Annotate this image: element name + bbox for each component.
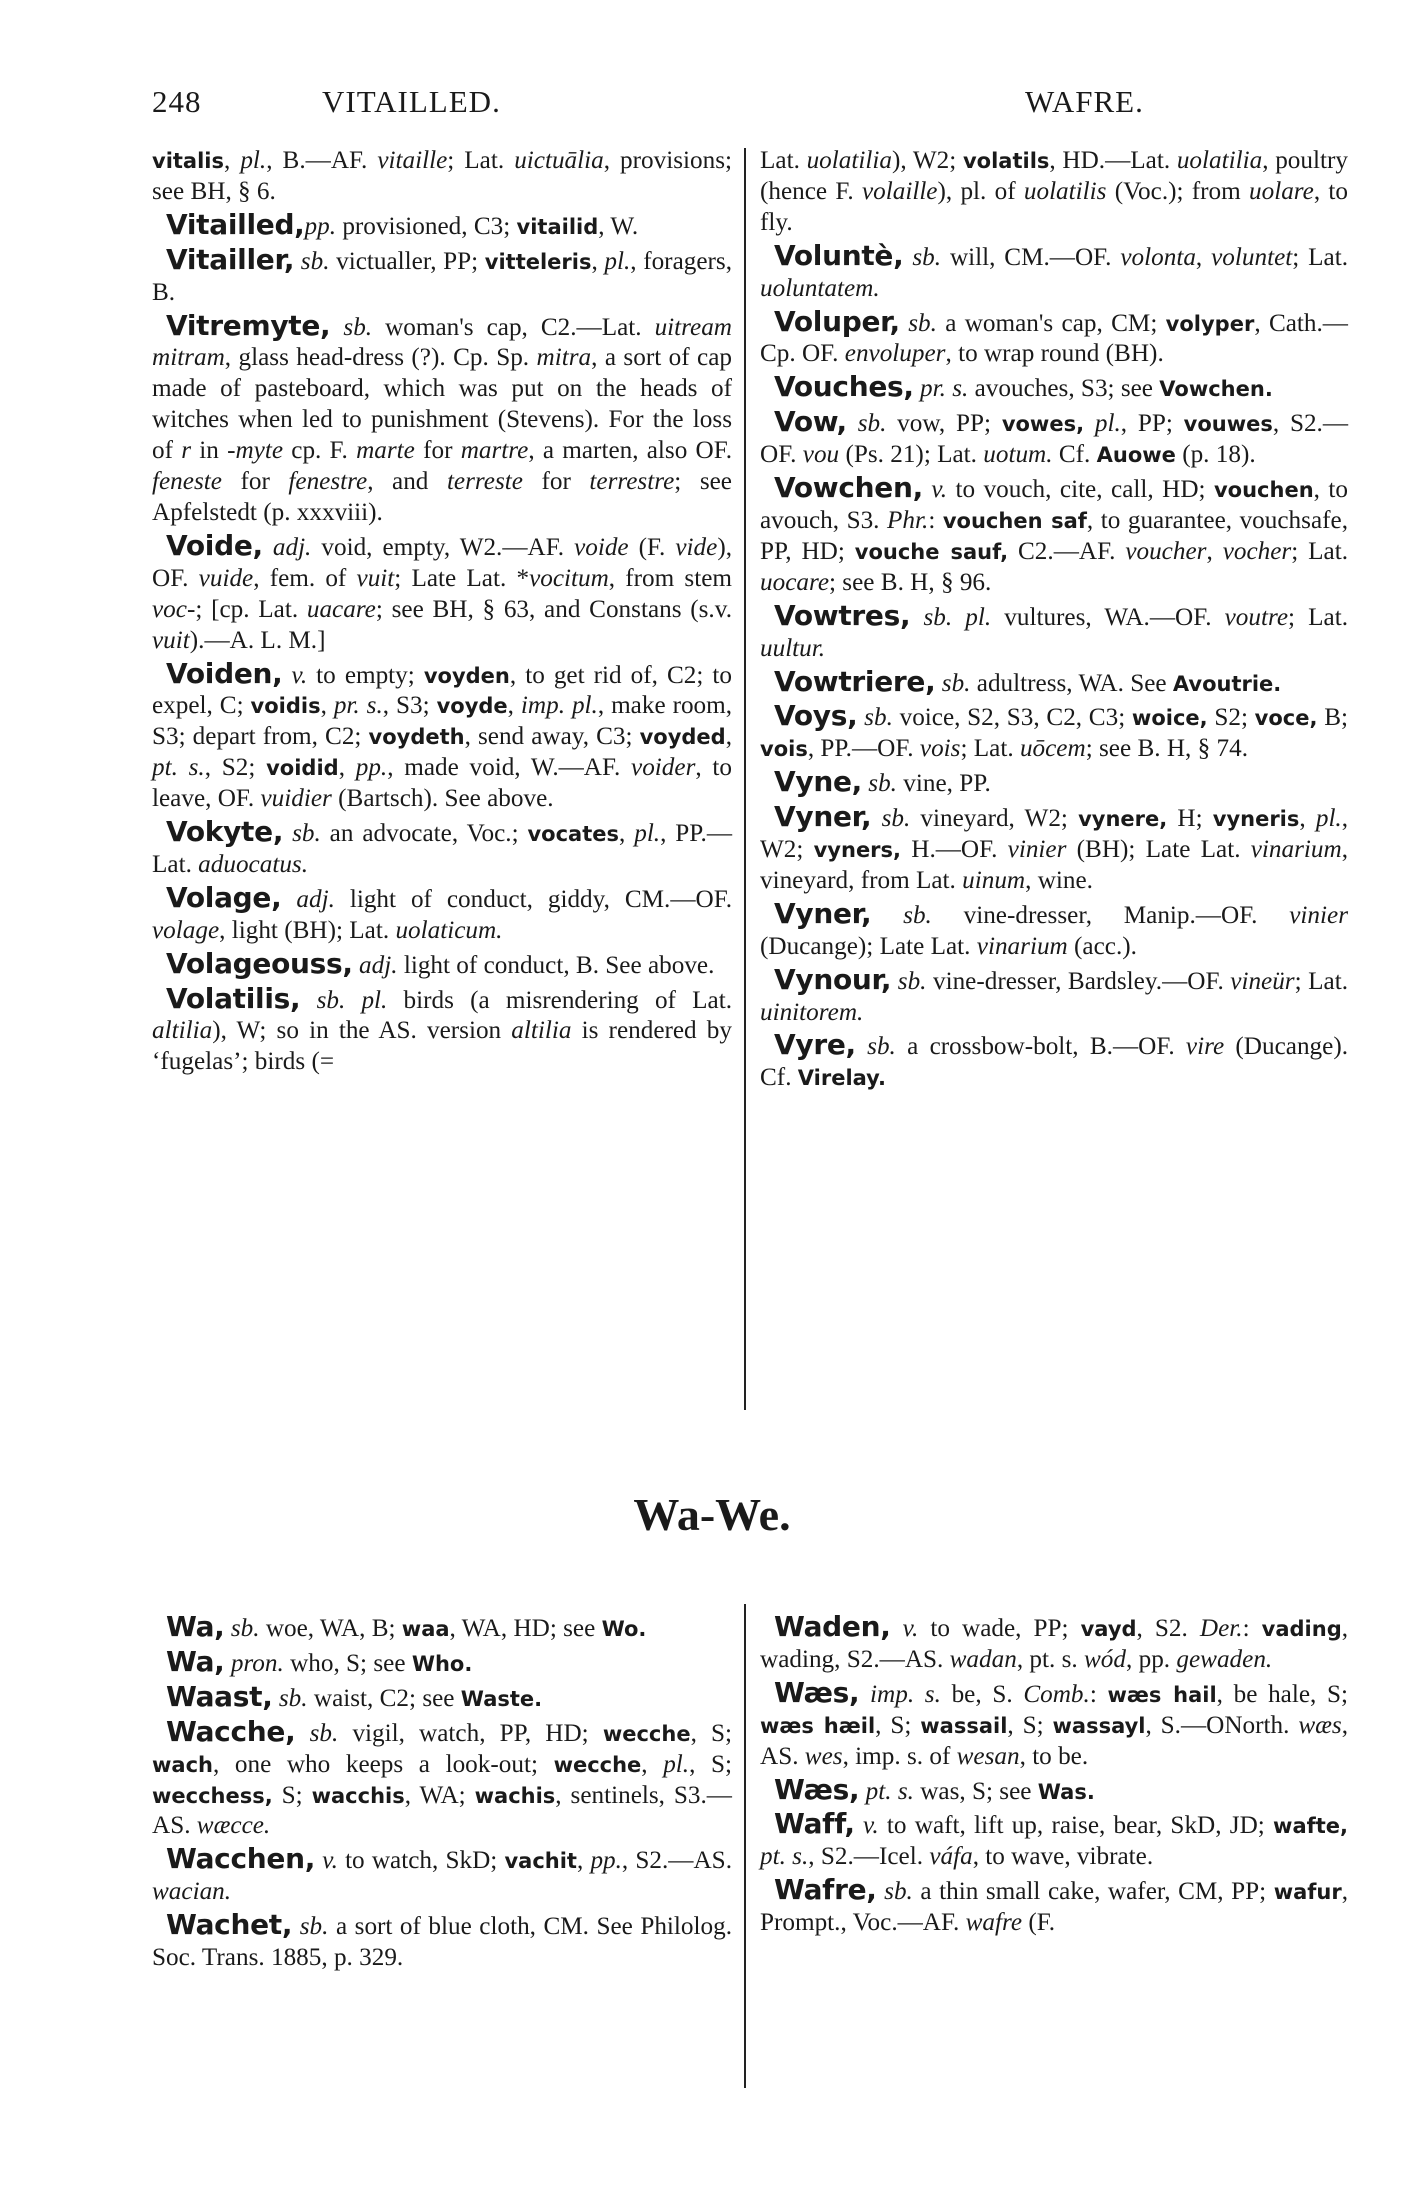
italic-text: vou <box>803 441 839 468</box>
italic-text: sb. pl. <box>317 987 388 1014</box>
italic-text: uultur. <box>760 635 825 662</box>
entry-text: provisioned, C3; <box>336 213 517 240</box>
italic-text: sb. <box>343 314 372 341</box>
entry-text: , <box>224 147 240 174</box>
italic-text: vuit <box>357 565 395 592</box>
entry-text: (p. 18). <box>1176 441 1256 468</box>
entry-text: , from stem <box>609 565 732 592</box>
bold-form: waa <box>402 1617 450 1641</box>
entry-text: , to be. <box>1020 1743 1089 1770</box>
entry-text: H; <box>1167 805 1213 832</box>
italic-text: voucher <box>1125 538 1206 565</box>
left-column: vitalis, pl., B.—AF. vitaille; Lat. uict… <box>152 144 732 1078</box>
italic-text: sb. <box>903 902 932 929</box>
entry-text: ), pl. of <box>938 178 1024 205</box>
italic-text: sb. <box>864 704 893 731</box>
dictionary-entry: Vowtriere, sb. adultress, WA. See Avoutr… <box>760 665 1348 700</box>
dictionary-entry: Voide, adj. void, empty, W2.—AF. voide (… <box>152 529 732 657</box>
dictionary-entry: Vyner, sb. vineyard, W2; vynere, H; vyne… <box>760 800 1348 897</box>
entry-text: , S3; <box>383 692 437 719</box>
italic-text: uacare <box>307 596 376 623</box>
entry-text <box>300 987 316 1014</box>
bold-form: wassayl <box>1053 1714 1146 1738</box>
italic-text: myte <box>235 437 283 464</box>
entry-text: vultures, WA.—OF. <box>991 604 1224 631</box>
italic-text: váfa <box>929 1843 972 1870</box>
bold-form: vitalis <box>152 149 224 173</box>
dictionary-entry: Vow, sb. vow, PP; vowes, pl., PP; vouwes… <box>760 405 1348 471</box>
entry-text: , a marten, also OF. <box>528 437 732 464</box>
entry-text <box>1084 410 1095 437</box>
bold-form: Was. <box>1038 1780 1095 1804</box>
italic-text: uolatilia <box>807 147 892 174</box>
bold-form: voidid <box>266 756 339 780</box>
italic-text: sb. <box>942 670 971 697</box>
entry-text: : <box>1090 1681 1108 1708</box>
entry-text: (acc.). <box>1068 933 1137 960</box>
italic-text: pl. <box>1316 805 1342 832</box>
italic-text: sb. <box>310 1720 339 1747</box>
entry-text: victualler, PP; <box>330 248 485 275</box>
italic-text: uoluntatem. <box>760 275 880 302</box>
italic-text: v. <box>863 1812 879 1839</box>
entry-text <box>295 1720 309 1747</box>
bold-form: wæs hæil <box>760 1714 875 1738</box>
dictionary-entry: Volatilis, sb. pl. birds (a misrendering… <box>152 982 732 1079</box>
italic-text: pt. s. <box>866 1778 914 1805</box>
headword: Waast, <box>166 1680 273 1713</box>
bold-form: vowes, <box>1002 412 1084 436</box>
italic-text: pp. <box>305 213 336 240</box>
italic-text: sb. <box>858 410 887 437</box>
italic-text: adj. <box>296 886 334 913</box>
headword: Vowtriere, <box>774 665 935 698</box>
dictionary-entry: Wafre, sb. a thin small cake, wafer, CM,… <box>760 1873 1348 1939</box>
entry-text: adultress, WA. See <box>970 670 1172 697</box>
italic-text: sb. <box>301 248 330 275</box>
italic-text: sb. <box>867 1033 896 1060</box>
left-guideword: VITAILLED. <box>322 84 501 120</box>
right-guideword: WAFRE. <box>1025 84 1144 120</box>
italic-text: wæs <box>1298 1712 1341 1739</box>
entry-text: , <box>1206 538 1222 565</box>
entry-text: for <box>415 437 461 464</box>
italic-text: uolaticum. <box>395 917 502 944</box>
italic-text: wes <box>805 1743 843 1770</box>
italic-text: martre <box>461 437 529 464</box>
dictionary-entry: Vitremyte, sb. woman's cap, C2.—Lat. uit… <box>152 309 732 529</box>
entry-text: , B.—AF. <box>266 147 377 174</box>
dictionary-entry: Volage, adj. light of conduct, giddy, CM… <box>152 881 732 947</box>
dictionary-entry: Voys, sb. voice, S2, S3, C2, C3; woice, … <box>760 699 1348 765</box>
entry-text: (Bartsch). See above. <box>332 785 554 812</box>
entry-text: vow, PP; <box>886 410 1001 437</box>
entry-text: , S; <box>691 1720 732 1747</box>
entry-text <box>330 314 343 341</box>
bold-form: voyden <box>424 664 510 688</box>
italic-text: voide <box>574 534 629 561</box>
entry-text: will, CM.—OF. <box>941 244 1120 271</box>
bold-form: voyded <box>640 725 726 749</box>
italic-text: volonta <box>1120 244 1196 271</box>
italic-text: voutre <box>1225 604 1288 631</box>
italic-text: marte <box>356 437 415 464</box>
dictionary-entry: Vitailled,pp. provisioned, C3; vitailid,… <box>152 208 732 243</box>
entry-text: ; Lat. <box>1291 538 1348 565</box>
bold-form: wassail <box>920 1714 1007 1738</box>
headword: Volatilis, <box>166 982 300 1015</box>
italic-text: Comb. <box>1023 1681 1089 1708</box>
dictionary-entry: Wacche, sb. vigil, watch, PP, HD; wecche… <box>152 1715 732 1843</box>
bold-form: vachit <box>504 1849 577 1873</box>
headword: Wacchen, <box>166 1842 315 1875</box>
dictionary-entry: Vouches, pr. s. avouches, S3; see Vowche… <box>760 370 1348 405</box>
italic-text: voluntet <box>1211 244 1292 271</box>
entry-text: B; <box>1317 704 1348 731</box>
italic-text: pl. <box>634 820 660 847</box>
entry-text: woman's cap, C2.—Lat. <box>372 314 654 341</box>
italic-text: altilia <box>152 1017 212 1044</box>
italic-text: pr. s. <box>920 375 968 402</box>
italic-text: vuide <box>199 565 254 592</box>
entry-text: vine-dresser, Bardsley.—OF. <box>926 968 1230 995</box>
italic-text: sb. <box>912 244 941 271</box>
italic-text: sb. <box>292 820 321 847</box>
entry-text: , S.—ONorth. <box>1145 1712 1298 1739</box>
entry-text: , made void, W.—AF. <box>387 754 631 781</box>
italic-text: Der. <box>1200 1615 1243 1642</box>
entry-text: , S2.—AS. <box>622 1847 732 1874</box>
dictionary-entry: Wachet, sb. a sort of blue cloth, CM. Se… <box>152 1908 732 1974</box>
column-rule <box>744 1604 746 2088</box>
bold-form: wecche <box>603 1722 691 1746</box>
headword: Vyner, <box>774 897 871 930</box>
headword: Vow, <box>774 405 847 438</box>
entry-text: , to wrap round (BH). <box>945 340 1163 367</box>
italic-text: wesan <box>957 1743 1020 1770</box>
entry-text <box>292 1913 300 1940</box>
entry-text: ; see BH, § 63, and Constans (s.v. <box>376 596 732 623</box>
italic-text: wafre <box>966 1909 1022 1936</box>
running-head: 248 VITAILLED. WAFRE. <box>152 84 1392 134</box>
bold-form: voce, <box>1255 706 1318 730</box>
entry-text: ; Lat. <box>1295 968 1348 995</box>
dictionary-entry: Voluntè, sb. will, CM.—OF. volonta, volu… <box>760 239 1348 305</box>
entry-text <box>855 1812 863 1839</box>
italic-text: vinarium <box>1251 836 1342 863</box>
italic-text: sb. <box>868 770 897 797</box>
italic-text: uolatilia <box>1177 147 1262 174</box>
italic-text: pl. <box>663 1751 689 1778</box>
dictionary-page: 248 VITAILLED. WAFRE. vitalis, pl., B.—A… <box>0 0 1424 2208</box>
bold-form: vouche sauf, <box>855 540 1008 564</box>
entry-text: avouches, S3; see <box>968 375 1159 402</box>
italic-text: aduocatus. <box>198 851 308 878</box>
italic-text: sb. <box>898 968 927 995</box>
bold-form: vyners, <box>814 838 901 862</box>
entry-text: in - <box>191 437 235 464</box>
entry-text: : <box>1243 1615 1262 1642</box>
headword: Voys, <box>774 699 857 732</box>
dictionary-entry: Wæs, imp. s. be, S. Comb.: wæs hail, be … <box>760 1676 1348 1773</box>
italic-text: fenestre <box>288 468 367 495</box>
bold-form: Auowe <box>1097 443 1176 467</box>
entry-text: S; <box>273 1782 312 1809</box>
entry-text: , <box>619 820 634 847</box>
headword: Waden, <box>774 1610 891 1643</box>
italic-text: imp. pl. <box>521 692 598 719</box>
entry-text: to watch, SkD; <box>338 1847 505 1874</box>
entry-text: , <box>641 1751 663 1778</box>
headword: Wafre, <box>774 1873 877 1906</box>
bold-form: voidis <box>251 694 321 718</box>
headword: Wa, <box>166 1610 225 1643</box>
entry-text: voice, S2, S3, C2, C3; <box>893 704 1132 731</box>
entry-text: , <box>1196 244 1211 271</box>
entry-text: a crossbow-bolt, B.—OF. <box>896 1033 1186 1060</box>
entry-text <box>903 244 912 271</box>
italic-text: sb. pl. <box>923 604 991 631</box>
entry-text: who, S; see <box>284 1650 412 1677</box>
dictionary-entry: Vowtres, sb. pl. vultures, WA.—OF. voutr… <box>760 599 1348 665</box>
headword: Vynour, <box>774 963 891 996</box>
entry-text: (Ps. 21); Lat. <box>839 441 983 468</box>
headword: Voluntè, <box>774 239 903 272</box>
entry-text: birds (a misrendering of Lat. <box>387 987 732 1014</box>
italic-text: vitaille <box>377 147 447 174</box>
entry-text: , S; <box>1007 1712 1052 1739</box>
bold-form: Waste. <box>461 1687 542 1711</box>
italic-text: sb. <box>300 1913 329 1940</box>
entry-text: H.—OF. <box>901 836 1008 863</box>
bold-form: vois <box>760 737 808 761</box>
bold-form: wach <box>152 1753 213 1777</box>
italic-text: volaille <box>862 178 938 205</box>
entry-text: , <box>339 754 356 781</box>
italic-text: wód <box>1084 1646 1126 1673</box>
italic-text: sb. <box>279 1685 308 1712</box>
bold-form: vouchen <box>1214 478 1314 502</box>
entry-text: , S; <box>875 1712 920 1739</box>
dictionary-entry: Vyne, sb. vine, PP. <box>760 765 1348 800</box>
entry-text: S2; <box>1208 704 1255 731</box>
italic-text: v. <box>931 476 947 503</box>
dictionary-entry: Vowchen, v. to vouch, cite, call, HD; vo… <box>760 471 1348 599</box>
entry-text: , <box>577 1847 590 1874</box>
dictionary-entry: Voluper, sb. a woman's cap, CM; volyper,… <box>760 305 1348 371</box>
entry-text: light of conduct, giddy, CM.—OF. <box>335 886 732 913</box>
italic-text: vois <box>920 735 961 762</box>
right-column: Waden, v. to wade, PP; vayd, S2. Der.: v… <box>760 1610 1348 1939</box>
italic-text: volage <box>152 917 219 944</box>
dictionary-entry: vitalis, pl., B.—AF. vitaille; Lat. uict… <box>152 144 732 208</box>
bold-form: Vowchen. <box>1159 377 1273 401</box>
bold-form: volatils <box>963 149 1049 173</box>
dictionary-entry: Volageouss, adj. light of conduct, B. Se… <box>152 947 732 982</box>
italic-text: terreste <box>447 468 523 495</box>
dictionary-entry: Vitailler, sb. victualler, PP; vitteleri… <box>152 243 732 309</box>
entry-text: (F. <box>629 534 676 561</box>
left-column: Wa, sb. woe, WA, B; waa, WA, HD; see Wo.… <box>152 1610 732 1974</box>
entry-text: , S2. <box>1137 1615 1200 1642</box>
bold-form: vading <box>1262 1617 1342 1641</box>
entry-text: woe, WA, B; <box>260 1615 402 1642</box>
bold-form: woice, <box>1132 706 1208 730</box>
entry-text: ; Lat. <box>1288 604 1348 631</box>
bold-form: Virelay. <box>798 1066 886 1090</box>
italic-text: Phr. <box>887 507 928 534</box>
bold-form: wachis <box>475 1784 556 1808</box>
italic-text: pt. s. <box>760 1843 808 1870</box>
italic-text: vocher <box>1223 538 1292 565</box>
entry-text: (Voc.); from <box>1106 178 1249 205</box>
italic-text: sb. <box>231 1615 260 1642</box>
italic-text: v. <box>903 1615 919 1642</box>
italic-text: v. <box>322 1847 338 1874</box>
bold-form: wæs hail <box>1108 1683 1217 1707</box>
italic-text: pl. <box>1095 410 1121 437</box>
headword: Vowtres, <box>774 599 910 632</box>
bold-form: wecchess, <box>152 1784 273 1808</box>
dictionary-entry: Lat. uolatilia), W2; volatils, HD.—Lat. … <box>760 144 1348 239</box>
dictionary-entry: Waff, v. to waft, lift up, raise, bear, … <box>760 1807 1348 1873</box>
bold-form: Who. <box>412 1652 473 1676</box>
italic-text: terrestre <box>589 468 674 495</box>
headword: Vouches, <box>774 370 914 403</box>
italic-text: vocitum <box>529 565 609 592</box>
bold-form: vitailid <box>517 215 599 239</box>
italic-text: pl. <box>604 248 630 275</box>
italic-text: gewaden. <box>1176 1646 1272 1673</box>
bold-form: vocates <box>527 822 619 846</box>
bold-form: volyper <box>1166 312 1255 336</box>
entry-text: , fem. of <box>253 565 356 592</box>
headword: Vitremyte, <box>166 309 330 342</box>
bold-form: vouchen saf <box>943 509 1087 533</box>
dictionary-entry: Waden, v. to wade, PP; vayd, S2. Der.: v… <box>760 1610 1348 1676</box>
entry-text: , HD.—Lat. <box>1049 147 1176 174</box>
italic-text: uinum <box>962 867 1025 894</box>
page-number: 248 <box>152 84 202 120</box>
entry-text: ), W; so in the AS. version <box>212 1017 511 1044</box>
entry-text: , PP.—OF. <box>808 735 920 762</box>
entry-text: , send away, C3; <box>465 723 640 750</box>
entry-text <box>900 310 908 337</box>
entry-text: , W. <box>598 213 638 240</box>
entry-text: void, empty, W2.—AF. <box>311 534 574 561</box>
italic-text: uocare <box>760 569 829 596</box>
headword: Volage, <box>166 881 281 914</box>
entry-text: , glass head-dress (?). Cp. Sp. <box>225 344 537 371</box>
italic-text: pr. s. <box>334 692 383 719</box>
headword: Wachet, <box>166 1908 292 1941</box>
entry-text <box>910 604 923 631</box>
dictionary-entry: Vynour, sb. vine-dresser, Bardsley.—OF. … <box>760 963 1348 1029</box>
dictionary-entry: Voiden, v. to empty; voyden, to get rid … <box>152 657 732 816</box>
italic-text: pron. <box>231 1650 284 1677</box>
entry-text: vine-dresser, Manip.—OF. <box>932 902 1289 929</box>
italic-text: vinier <box>1008 836 1067 863</box>
italic-text: adj. <box>273 534 311 561</box>
entry-text <box>891 1615 903 1642</box>
entry-text: , wine. <box>1025 867 1093 894</box>
italic-text: vuit <box>152 627 190 654</box>
italic-text: uinitorem. <box>760 999 863 1026</box>
entry-text: , pp. <box>1126 1646 1176 1673</box>
entry-text: ), W2; <box>892 147 963 174</box>
entry-text: , S2; <box>205 754 266 781</box>
entry-text: to vouch, cite, call, HD; <box>947 476 1214 503</box>
entry-text: cp. F. <box>283 437 356 464</box>
italic-text: pl. <box>240 147 266 174</box>
entry-text: be, S. <box>941 1681 1023 1708</box>
italic-text: vinarium <box>977 933 1068 960</box>
entry-text <box>859 1681 870 1708</box>
headword: Wacche, <box>166 1715 295 1748</box>
italic-text: wacian. <box>152 1878 231 1905</box>
entry-text: ; see B. H, § 74. <box>1086 735 1248 762</box>
bold-form: voyde <box>437 694 508 718</box>
column-rule <box>744 148 746 1410</box>
italic-text: uotum. <box>983 441 1052 468</box>
italic-text: v. <box>292 662 308 689</box>
headword: Voide, <box>166 529 263 562</box>
entry-text: , light (BH); Lat. <box>219 917 395 944</box>
bold-form: wacchis <box>312 1784 405 1808</box>
italic-text: voc- <box>152 596 195 623</box>
dictionary-entry: Wæs, pt. s. was, S; see Was. <box>760 1773 1348 1808</box>
italic-text: uolare <box>1249 178 1314 205</box>
entry-text: to empty; <box>307 662 424 689</box>
entry-text: ; Lat. <box>960 735 1019 762</box>
italic-text: altilia <box>511 1017 571 1044</box>
headword: Voluper, <box>774 305 900 338</box>
bold-form: voydeth <box>369 725 465 749</box>
entry-text <box>856 1033 867 1060</box>
headword: Voiden, <box>166 657 282 690</box>
entry-text: Lat. <box>760 147 807 174</box>
entry-text: , imp. s. of <box>843 1743 957 1770</box>
entry-text: , one who keeps a look-out; <box>213 1751 554 1778</box>
italic-text: voider <box>631 754 695 781</box>
italic-text: vire <box>1186 1033 1224 1060</box>
headword: Wa, <box>166 1645 225 1678</box>
entry-text: Cf. <box>1053 441 1097 468</box>
dictionary-entry: Wa, sb. woe, WA, B; waa, WA, HD; see Wo. <box>152 1610 732 1645</box>
entry-text <box>283 820 292 847</box>
entry-text: ; Lat. <box>447 147 514 174</box>
dictionary-entry: Vokyte, sb. an advocate, Voc.; vocates, … <box>152 815 732 881</box>
dictionary-entry: Vyre, sb. a crossbow-bolt, B.—OF. vire (… <box>760 1028 1348 1094</box>
entry-text <box>294 248 301 275</box>
entry-text: ; Late Lat. * <box>394 565 529 592</box>
entry-text: , <box>321 692 334 719</box>
italic-text: pt. s. <box>152 754 205 781</box>
italic-text: vide <box>675 534 717 561</box>
entry-text: , WA; <box>405 1782 475 1809</box>
dictionary-entry: Waast, sb. waist, C2; see Waste. <box>152 1680 732 1715</box>
dictionary-entry: Wacchen, v. to watch, SkD; vachit, pp., … <box>152 1842 732 1908</box>
entry-text: , <box>591 248 604 275</box>
italic-text: uictuālia <box>514 147 604 174</box>
headword: Vitailled, <box>166 208 305 241</box>
entry-text: for <box>222 468 288 495</box>
italic-text: pp. <box>590 1847 621 1874</box>
italic-text: uōcem <box>1020 735 1086 762</box>
bold-form: vynere, <box>1078 807 1167 831</box>
italic-text: sb. <box>908 310 937 337</box>
entry-text: for <box>523 468 589 495</box>
